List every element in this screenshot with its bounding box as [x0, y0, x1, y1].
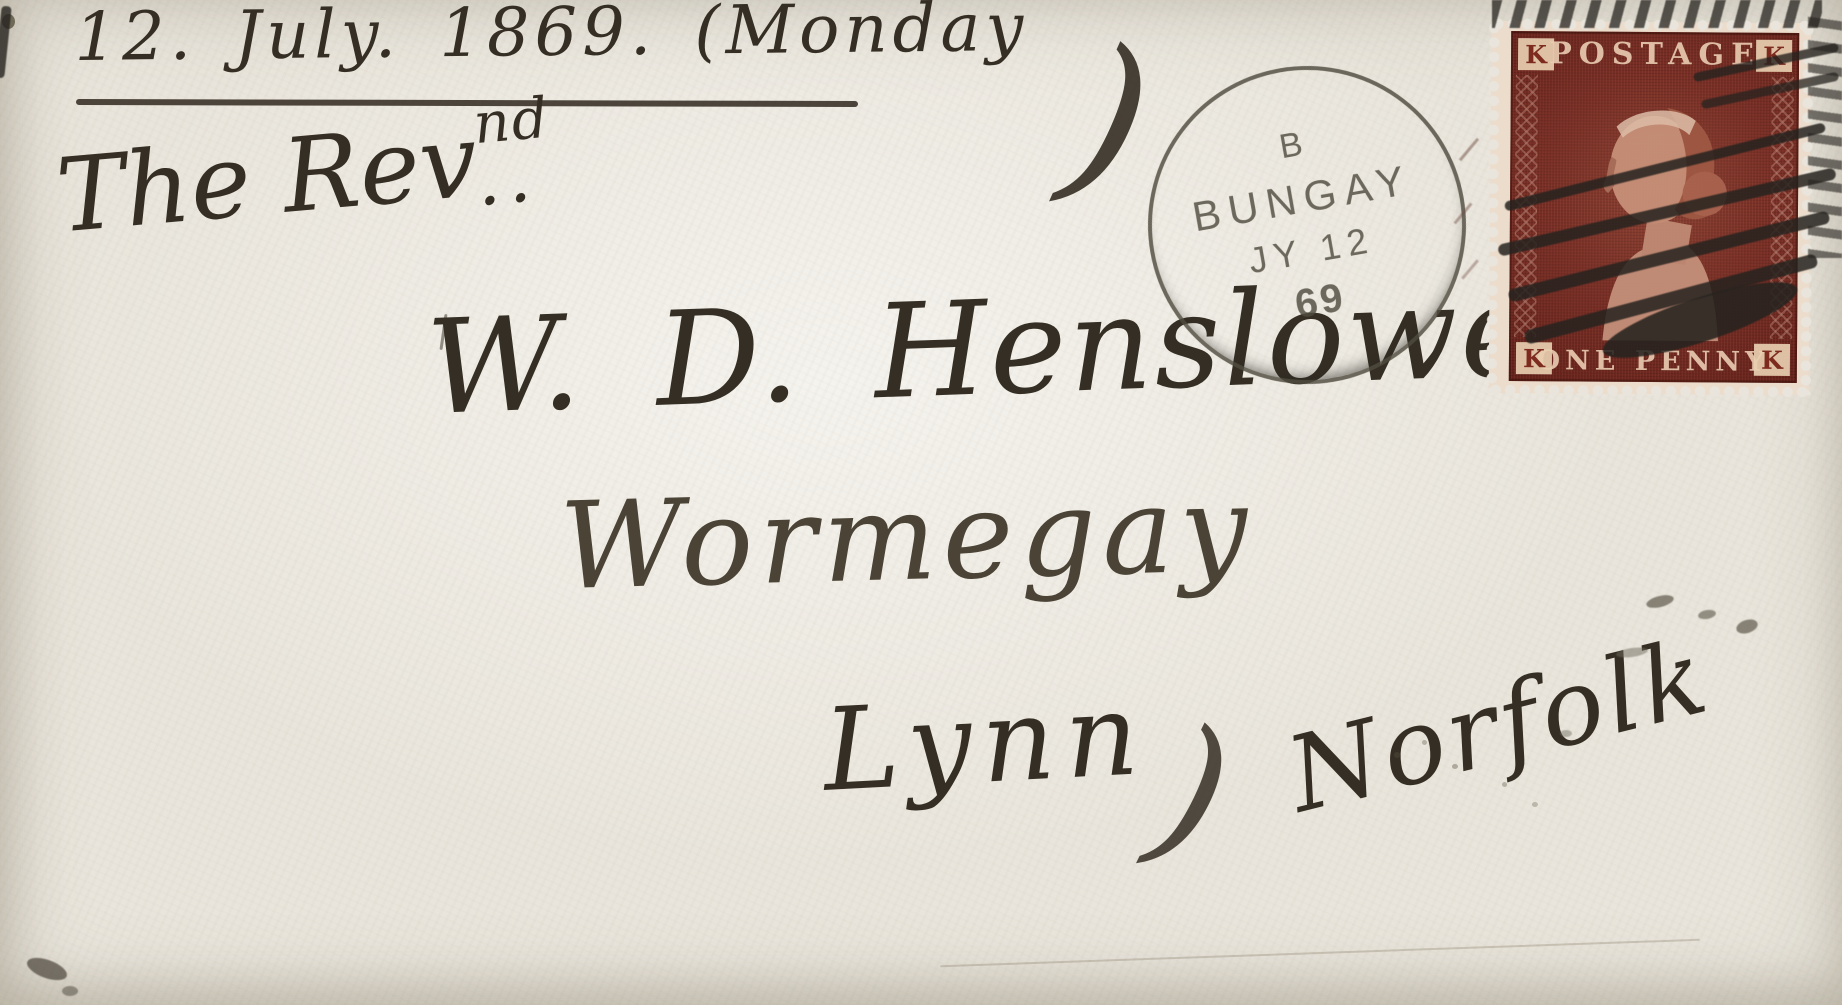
ink-speck — [1422, 740, 1427, 745]
cancellation-dashes-right-edge — [1808, 8, 1842, 258]
addressee-title-text: The Rev — [52, 101, 482, 256]
cancellation-dashes-top — [1492, 0, 1822, 28]
envelope-front: 12. July. 1869. (Monday ) The Revnd.. W.… — [0, 0, 1842, 1005]
address-county: Norfolk — [1276, 614, 1721, 836]
ink-speck — [1502, 782, 1507, 787]
paper-crease — [940, 939, 1700, 968]
address-village: Wormegay — [558, 460, 1255, 617]
ink-speck — [1532, 802, 1538, 807]
corner-mark-bottom-left-small — [62, 986, 78, 996]
postmark-town: BUNGAY — [1189, 155, 1416, 241]
ink-speck — [1452, 764, 1458, 769]
cancellation-stray-stroke — [1459, 138, 1479, 161]
ink-smudge — [1735, 617, 1760, 636]
stamp-corner-letter-tl: K — [1518, 38, 1554, 70]
ink-speck — [1394, 752, 1400, 758]
ink-smudge — [1697, 609, 1716, 621]
corner-mark-top-left — [0, 6, 12, 79]
corner-mark-bottom-left — [24, 953, 70, 984]
addressee-title-dots: .. — [473, 133, 542, 222]
address-town: Lynn — [820, 667, 1151, 817]
addressee-title: The Revnd.. — [52, 89, 619, 256]
postmark-index-letter: B — [1276, 124, 1309, 167]
address-town-flourish: ) — [1135, 688, 1249, 894]
stamp-corner-letter-bl: K — [1516, 342, 1552, 374]
ink-smudge — [1645, 593, 1675, 610]
stamp-corner-letter-br: K — [1754, 344, 1790, 376]
postmark-year: 69 — [1292, 275, 1350, 328]
ink-smudge — [1560, 730, 1572, 737]
date-annotation: 12. July. 1869. (Monday — [74, 0, 1029, 76]
